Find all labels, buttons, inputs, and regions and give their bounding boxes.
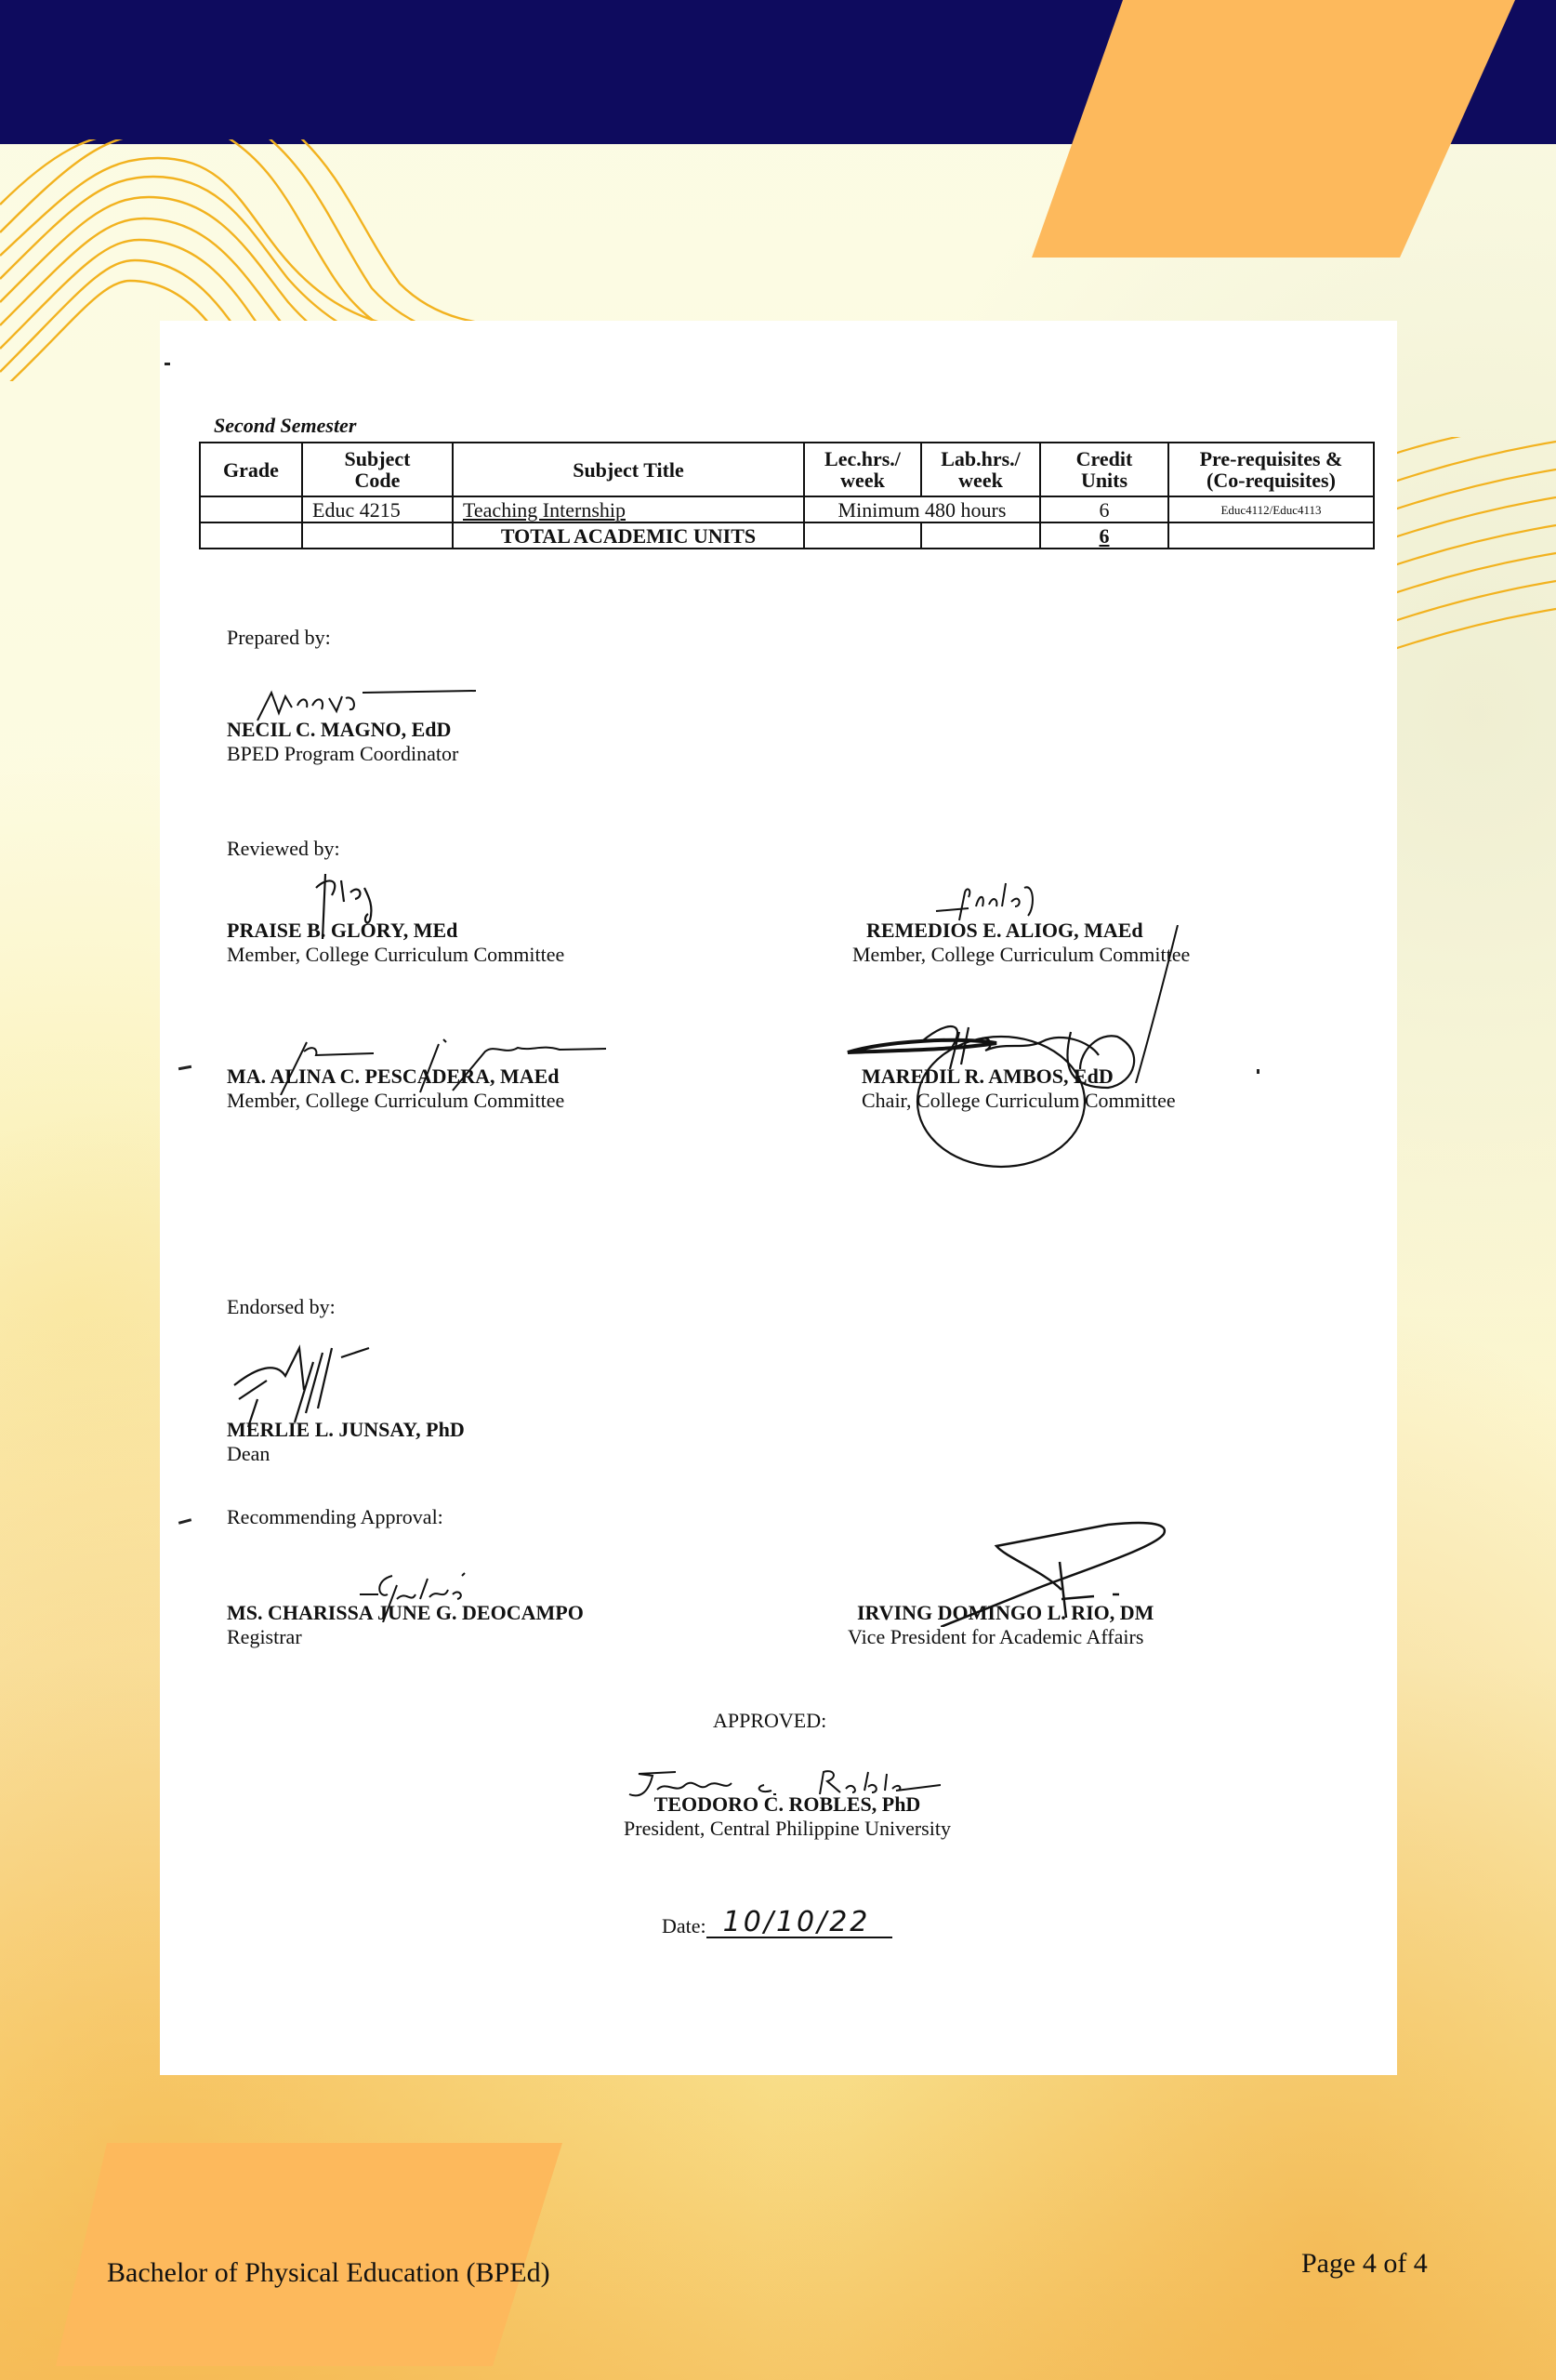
signature-junsay xyxy=(230,1343,378,1427)
reviewer-1: PRAISE B. GLORY, MEd Member, College Cur… xyxy=(227,919,564,967)
endorser: MERLIE L. JUNSAY, PhD Dean xyxy=(227,1418,465,1466)
signatory-title: Registrar xyxy=(227,1625,584,1649)
signatory-name: NECIL C. MAGNO, EdD xyxy=(227,718,458,742)
signatory-name: IRVING DOMINGO L. RIO, DM xyxy=(848,1601,1154,1625)
footer-program-name: Bachelor of Physical Education (BPEd) xyxy=(107,2257,550,2289)
curriculum-table: Grade SubjectCode Subject Title Lec.hrs.… xyxy=(199,442,1375,549)
signatory-name: TEODORO C. ROBLES, PhD xyxy=(578,1792,996,1817)
signatory-title: BPED Program Coordinator xyxy=(227,742,458,766)
section-title: Second Semester xyxy=(214,414,356,438)
date-line: 10/10/22 xyxy=(706,1909,892,1938)
scan-mark xyxy=(178,1518,191,1525)
cell-empty xyxy=(1168,522,1374,549)
total-credit: 6 xyxy=(1040,522,1168,549)
col-lec-hrs: Lec.hrs./week xyxy=(804,443,921,496)
reviewer-3: MA. ALINA C. PESCADERA, MAEd Member, Col… xyxy=(227,1064,564,1113)
reviewer-4: MAREDIL R. AMBOS, EdD Chair, College Cur… xyxy=(862,1064,1176,1113)
signature-magno xyxy=(253,685,476,722)
reviewed-by-label: Reviewed by: xyxy=(227,837,340,861)
signatory-name: MAREDIL R. AMBOS, EdD xyxy=(862,1064,1176,1089)
signatory-name: PRAISE B. GLORY, MEd xyxy=(227,919,564,943)
prepared-by-block: NECIL C. MAGNO, EdD BPED Program Coordin… xyxy=(227,718,458,766)
date-label: Date: xyxy=(662,1914,706,1937)
cell-empty xyxy=(200,522,302,549)
approver: TEODORO C. ROBLES, PhD President, Centra… xyxy=(578,1792,996,1841)
endorsed-by-label: Endorsed by: xyxy=(227,1295,336,1319)
signatory-title: President, Central Philippine University xyxy=(578,1817,996,1841)
recommender-1: MS. CHARISSA JUNE G. DEOCAMPO Registrar xyxy=(227,1601,584,1649)
date-value: 10/10/22 xyxy=(723,1911,871,1935)
cell-subject-title: Teaching Internship xyxy=(453,496,804,522)
col-subject-title: Subject Title xyxy=(453,443,804,496)
cell-empty xyxy=(302,522,453,549)
col-prerequisites: Pre-requisites &(Co-requisites) xyxy=(1168,443,1374,496)
reviewer-2: REMEDIOS E. ALIOG, MAEd Member, College … xyxy=(852,919,1190,967)
scan-mark xyxy=(165,363,170,365)
signatory-title: Member, College Curriculum Committee xyxy=(852,943,1190,967)
signatory-title: Member, College Curriculum Committee xyxy=(227,943,564,967)
signatory-name: MERLIE L. JUNSAY, PhD xyxy=(227,1418,465,1442)
signatory-title: Member, College Curriculum Committee xyxy=(227,1089,564,1113)
col-lab-hrs: Lab.hrs./week xyxy=(921,443,1040,496)
table-total-row: TOTAL ACADEMIC UNITS 6 xyxy=(200,522,1374,549)
signatory-name: REMEDIOS E. ALIOG, MAEd xyxy=(852,919,1190,943)
col-credit-units: CreditUnits xyxy=(1040,443,1168,496)
cell-empty xyxy=(921,522,1040,549)
document-page: Second Semester Grade SubjectCode Subjec… xyxy=(160,321,1397,2075)
cell-hours: Minimum 480 hours xyxy=(804,496,1040,522)
date-field: Date:10/10/22 xyxy=(662,1909,892,1938)
signatory-title: Vice President for Academic Affairs xyxy=(848,1625,1154,1649)
cell-credit: 6 xyxy=(1040,496,1168,522)
col-subject-code: SubjectCode xyxy=(302,443,453,496)
col-grade: Grade xyxy=(200,443,302,496)
footer-page-number: Page 4 of 4 xyxy=(1301,2248,1428,2280)
table-row: Educ 4215 Teaching Internship Minimum 48… xyxy=(200,496,1374,522)
scan-mark xyxy=(178,1065,191,1070)
approved-label: APPROVED: xyxy=(713,1709,843,1733)
cell-grade xyxy=(200,496,302,522)
signatory-title: Dean xyxy=(227,1442,465,1466)
decorative-parallelogram-bottom xyxy=(56,2143,576,2366)
table-header-row: Grade SubjectCode Subject Title Lec.hrs.… xyxy=(200,443,1374,496)
decorative-wave-lines-right xyxy=(1389,437,1556,679)
cell-subject-code: Educ 4215 xyxy=(302,496,453,522)
total-label: TOTAL ACADEMIC UNITS xyxy=(453,522,804,549)
scan-mark xyxy=(1257,1069,1259,1074)
signatory-name: MA. ALINA C. PESCADERA, MAEd xyxy=(227,1064,564,1089)
signatory-name: MS. CHARISSA JUNE G. DEOCAMPO xyxy=(227,1601,584,1625)
recommending-approval-label: Recommending Approval: xyxy=(227,1505,443,1529)
cell-prerequisites: Educ4112/Educ4113 xyxy=(1168,496,1374,522)
prepared-by-label: Prepared by: xyxy=(227,626,331,650)
recommender-2: IRVING DOMINGO L. RIO, DM Vice President… xyxy=(848,1601,1154,1649)
signatory-title: Chair, College Curriculum Committee xyxy=(862,1089,1176,1113)
cell-empty xyxy=(804,522,921,549)
